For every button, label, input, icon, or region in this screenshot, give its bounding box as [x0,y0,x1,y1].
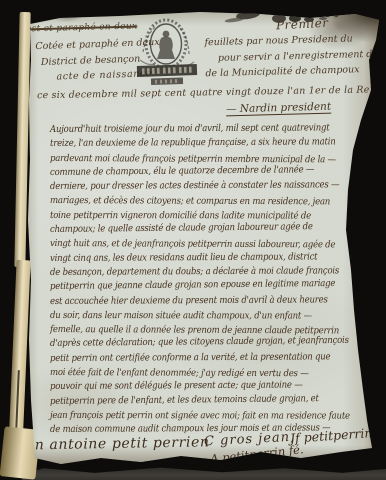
president-signature: — Nardin president [226,101,331,116]
act-body-text: Aujourd'huit troisieme jour du moi d'avr… [50,124,366,439]
manuscript-line: petitperrin pere de l'enfant, et les deu… [50,393,335,410]
manuscript-line: commune de champoux, élu le quatorze dec… [50,164,335,181]
strikethrough-note: est et paraphé en deux [26,22,138,35]
book-fore-edge-top [14,12,30,267]
manuscript-line: d'après cette déclaration; que les citoy… [50,335,335,352]
manuscript-line: derniere, pour dresser les actes destiné… [50,180,334,196]
header-date-line: ce six decembre mil sept cent quatre vin… [37,84,386,102]
manuscript-line: petitperrin que jeanne claude grojan son… [50,278,335,295]
ink-smudge [236,9,261,20]
manuscript-line: champoux; le quelle assisté de claude gr… [50,221,335,238]
manuscript-line: vingt cinq ans, les deux residans audit … [50,251,334,267]
signature-father: jean antoine petit perrien [12,434,210,453]
manuscript-line: petit perrin ont certifiée conforme a la… [50,351,334,367]
manuscript-line: treize, l'an deuxieme de la republique f… [50,137,334,153]
paper-page: 144 Premier est et paraphé en deux Cotée… [24,8,382,468]
header-note-line: de la Municipalité de champoux [205,64,378,84]
page-label-premier: Premier [276,16,329,33]
header-right-notes: feuillets par nous President dupour serv… [204,33,378,84]
manuscript-line: est accouchée hier deuxieme du present m… [50,294,334,310]
revenue-stamp-icon [136,18,200,88]
manuscript-line: du soir, dans leur maison située audit c… [50,310,334,325]
scanned-register-page: 144 Premier est et paraphé en deux Cotée… [0,0,386,480]
manuscript-line: mariages, et décès des citoyens; et comp… [50,195,334,211]
scanner-bed-strip [22,467,386,480]
